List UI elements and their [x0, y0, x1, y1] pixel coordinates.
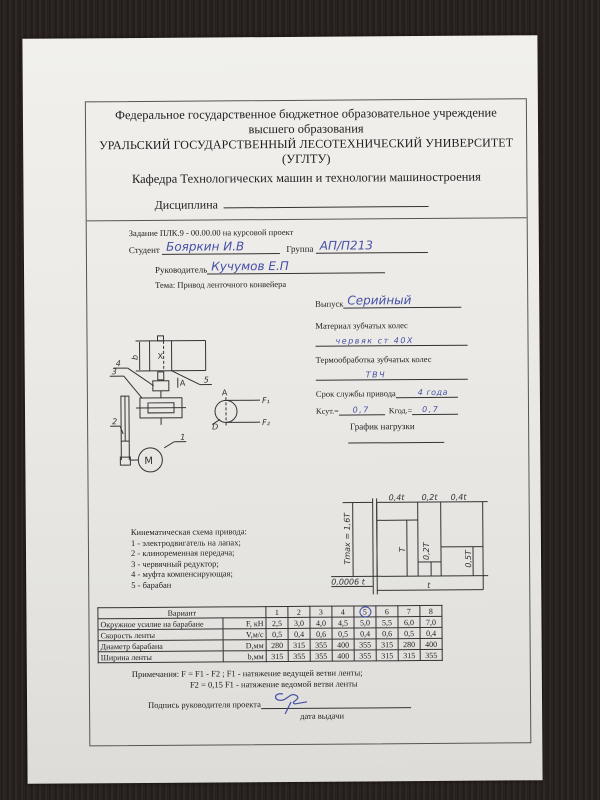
variant-number: 3 [310, 606, 332, 617]
heat-treatment-row: ТВЧ [316, 368, 468, 381]
table-cell: 0,4 [420, 627, 442, 638]
table-cell: 315 [288, 639, 310, 650]
svg-text:0,4t: 0,4t [389, 493, 406, 502]
table-cell: 5,5 [376, 617, 398, 628]
kinematic-item: 5 - барабан [131, 579, 247, 590]
group-field[interactable]: АП/П213 [316, 240, 428, 254]
row-label: Окружное усилие на барабане [98, 618, 223, 630]
svg-text:0,5T: 0,5T [464, 549, 473, 568]
signature-label: Подпись руководителя проекта [148, 699, 261, 710]
svg-text:0,4t: 0,4t [451, 493, 468, 502]
variant-number: 6 [376, 606, 398, 617]
svg-text:5: 5 [204, 376, 209, 385]
variant-number: 8 [420, 605, 442, 616]
svg-text:3: 3 [112, 367, 117, 376]
load-graph: 0,4t 0,2t 0,4t Tmax = 1,6T T 0,2T 0,5T 0… [323, 492, 494, 603]
discipline-row: Дисциплина [155, 196, 429, 213]
supervisor-value: Кучумов Е.П [211, 259, 289, 274]
document-sheet: Федеральное государственное бюджетное об… [22, 35, 542, 784]
table-cell: 0,5 [332, 628, 354, 639]
heat-treatment-field[interactable]: ТВЧ [316, 368, 468, 381]
table-cell: 0,5 [266, 628, 288, 639]
table-cell: 280 [266, 639, 288, 650]
table-cell: 6,0 [398, 617, 420, 628]
table-cell: 315 [398, 650, 420, 661]
material-row: червяк ст 40Х [315, 334, 467, 347]
svg-text:F₂: F₂ [262, 418, 271, 427]
row-label: Ширина ленты [98, 651, 223, 663]
table-cell: 315 [376, 639, 398, 650]
kgod-value: 0,7 [422, 405, 439, 414]
table-cell: 2,5 [266, 617, 288, 628]
kinematic-title: Кинематическая схема привода: [131, 526, 247, 537]
kinematic-item: 3 - червячный редуктор; [131, 558, 247, 569]
table-cell: 315 [376, 650, 398, 661]
table-cell: 7,0 [420, 616, 442, 627]
variant-number: 1 [266, 606, 288, 617]
release-row: ВыпускСерийный [315, 295, 461, 309]
variant-number: 2 [288, 606, 310, 617]
table-cell: 355 [310, 650, 332, 661]
institution-header: Федеральное государственное бюджетное об… [86, 99, 527, 221]
svg-text:Tmax = 1,6T: Tmax = 1,6T [343, 512, 352, 565]
release-value: Серийный [347, 293, 411, 307]
issue-date-label: дата выдачи [300, 711, 344, 721]
table-cell: 5,0 [354, 617, 376, 628]
ksut-value: 0,7 [353, 405, 370, 414]
svg-text:D: D [212, 422, 218, 431]
university-abbr: (УГЛТУ) [86, 150, 526, 168]
table-row: Ширина лентыb,мм315355355400355315315355 [98, 649, 442, 662]
supervisor-label: Руководитель [155, 265, 207, 275]
table-cell: 315 [266, 650, 288, 661]
notes: Примечания: F = F1 - F2 ; F1 - натяжение… [132, 667, 363, 691]
table-cell: 0,6 [376, 628, 398, 639]
student-row: Студент Бояркин И.В Группа АП/П213 [129, 240, 428, 255]
table-cell: 4,5 [332, 617, 354, 628]
table-cell: 0,4 [354, 628, 376, 639]
group-label: Группа [286, 244, 313, 254]
table-cell: 355 [310, 639, 332, 650]
variant-number: 7 [398, 606, 420, 617]
student-field[interactable]: Бояркин И.В [162, 241, 280, 255]
material-value: червяк ст 40Х [335, 336, 413, 346]
row-unit: V,м/с [223, 629, 266, 640]
svg-text:X: X [158, 352, 164, 361]
table-cell: 0,4 [288, 628, 310, 639]
table-cell: 400 [332, 650, 354, 661]
table-cell: 355 [420, 649, 442, 660]
svg-text:2: 2 [112, 417, 117, 426]
material-field[interactable]: червяк ст 40Х [315, 334, 467, 347]
kgod-label: Kгод.= [389, 406, 412, 415]
table-cell: 400 [420, 638, 442, 649]
release-label: Выпуск [315, 299, 343, 309]
ksut-label: Kсут.= [316, 407, 339, 416]
service-life-row: Срок службы привода4 года [316, 386, 458, 399]
load-graph-label: График нагрузки [350, 421, 415, 431]
signature-row: Подпись руководителя проекта [148, 697, 411, 710]
kinematic-item: 1 - электродвигатель на лапах; [131, 537, 247, 548]
heat-treatment-label: Термообработка зубчатых колес [316, 354, 432, 365]
material-label: Материал зубчатых колес [315, 320, 407, 331]
ksut-field[interactable]: 0,7 [339, 403, 385, 415]
note-line-2: F2 = 0,15 F1 - натяжение ведомой ветви л… [132, 678, 363, 691]
svg-text:0,2t: 0,2t [422, 493, 439, 502]
svg-text:A: A [180, 379, 186, 388]
table-cell: 280 [398, 639, 420, 650]
signature-field[interactable] [261, 697, 411, 709]
variant-number: 5 [354, 606, 376, 617]
student-value: Бояркин И.В [166, 239, 244, 254]
svg-text:F₁: F₁ [262, 396, 270, 405]
table-cell: 0,6 [310, 628, 332, 639]
table-cell: 400 [332, 639, 354, 650]
row-unit: D,мм [223, 640, 266, 651]
table-cell: 355 [354, 639, 376, 650]
variant-header-label: Вариант [98, 607, 266, 619]
discipline-label: Дисциплина [155, 197, 218, 211]
row-label: Скорость ленты [98, 629, 223, 641]
coefficients-row: Kсут.=0,7 Kгод.=0,7 [316, 403, 458, 416]
release-field[interactable]: Серийный [343, 295, 461, 309]
department-name: Кафедра Технологических машин и технолог… [86, 169, 526, 187]
width-b-label: b [131, 355, 140, 360]
university-name: УРАЛЬСКИЙ ГОСУДАРСТВЕННЫЙ ЛЕСОТЕХНИЧЕСКИ… [86, 135, 526, 153]
service-life-value: 4 года [418, 388, 448, 397]
svg-text:T: T [398, 546, 407, 552]
heat-treatment-value: ТВЧ [366, 370, 386, 379]
row-label: Диаметр барабана [98, 640, 223, 652]
student-label: Студент [129, 245, 160, 255]
load-graph-underline [348, 442, 444, 444]
row-unit: b,мм [223, 651, 266, 662]
group-value: АП/П213 [320, 238, 373, 252]
service-life-label: Срок службы привода [316, 388, 396, 399]
table-cell: 0,5 [398, 628, 420, 639]
svg-text:M: M [144, 456, 153, 467]
topic: Тема: Привод ленточного конвейера [155, 279, 286, 290]
supervisor-field[interactable]: Кучумов Е.П [207, 260, 385, 274]
service-life-field[interactable]: 4 года [396, 386, 458, 398]
supervisor-row: РуководительКучумов Е.П [155, 260, 385, 275]
variants-table: Вариант12345678Окружное усилие на бараба… [97, 605, 442, 663]
variant-number: 4 [332, 606, 354, 617]
table-cell: 4,0 [310, 617, 332, 628]
header-line-1: Федеральное государственное бюджетное об… [86, 105, 526, 123]
table-cell: 355 [288, 650, 310, 661]
kinematic-item: 2 - клиноременная передача; [131, 547, 247, 558]
table-cell: 355 [354, 650, 376, 661]
discipline-field[interactable] [224, 196, 429, 208]
kinematic-item: 4 - муфта компенсирующая; [131, 568, 247, 579]
kinematic-legend: Кинематическая схема привода: 1 - электр… [131, 526, 247, 590]
table-cell: 3,0 [288, 617, 310, 628]
svg-text:1: 1 [180, 433, 185, 442]
svg-text:t: t [427, 581, 431, 590]
row-unit: F, кН [223, 618, 266, 629]
form-frame: Федеральное государственное бюджетное об… [85, 98, 531, 746]
svg-text:0,0006 t: 0,0006 t [331, 577, 366, 586]
assignment-title: Задание ПЛК.9 - 00.00.00 на курсовой про… [129, 227, 294, 238]
kinematic-scheme-diagram: b X M 4 3 5 2 1 A A D F₁ F₂ [107, 329, 308, 480]
svg-text:0,2T: 0,2T [422, 541, 431, 560]
svg-text:A: A [222, 388, 228, 397]
kgod-field[interactable]: 0,7 [412, 403, 458, 415]
